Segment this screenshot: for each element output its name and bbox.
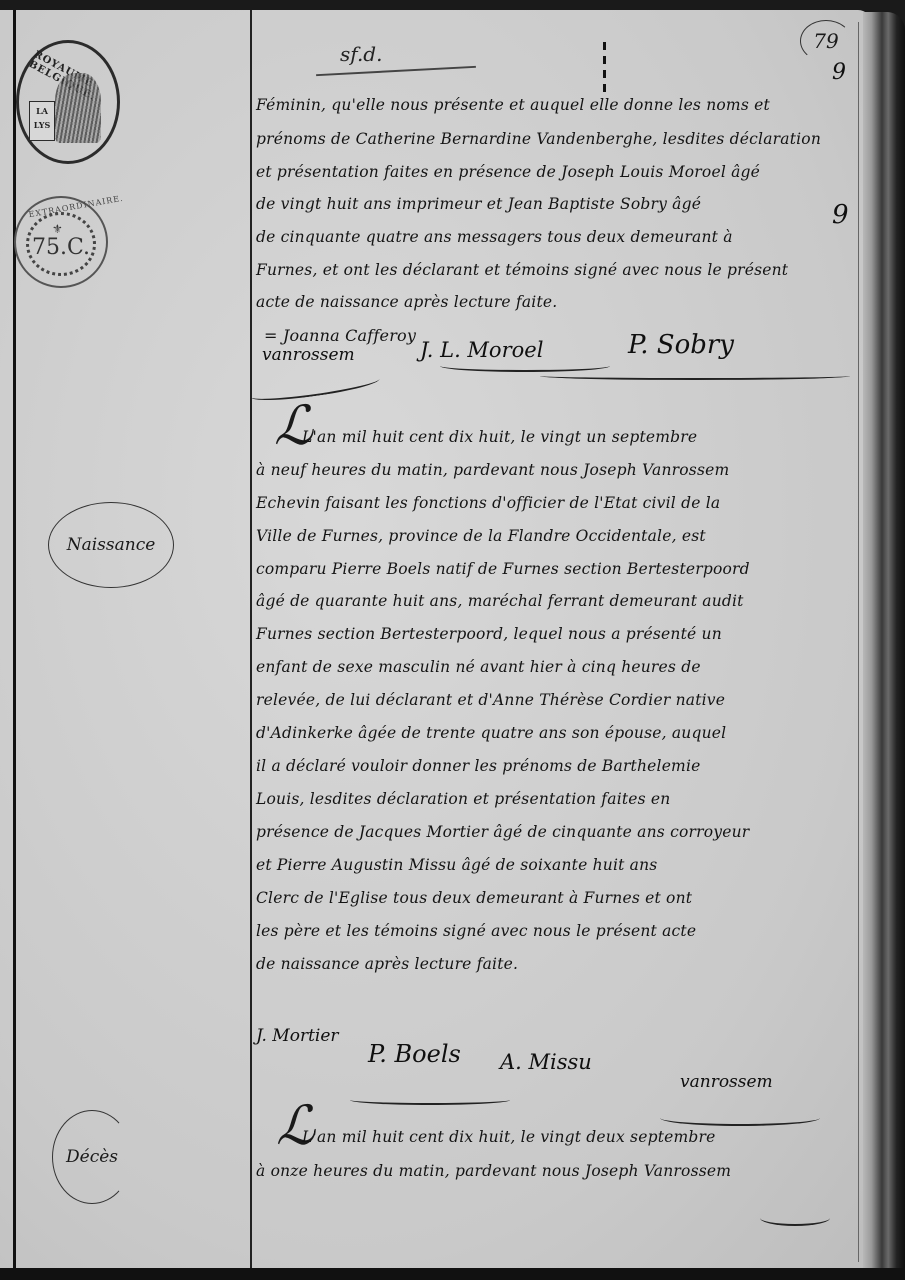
signature-sobry: P. Sobry: [628, 330, 734, 360]
gutter-line: [13, 10, 16, 1268]
text-line: Ville de Furnes, province de la Flandre …: [256, 527, 706, 545]
dashed-center-mark: [603, 42, 606, 92]
tax-stamp-extraordinaire: EXTRAORDINAIRE. ⚜ 75.C.: [14, 196, 108, 288]
decorative-initial-l: ℒ: [276, 1094, 315, 1157]
text-line: relevée, de lui déclarant et d'Anne Thér…: [256, 691, 725, 709]
seal-tablet: LA LYS: [29, 101, 55, 141]
text-line: acte de naissance après lecture faite.: [256, 293, 557, 311]
text-line: et présentation faites en présence de Jo…: [256, 163, 760, 181]
tax-stamp-value: 75.C.: [32, 235, 90, 260]
signature-flourish: [540, 372, 850, 380]
text-line: d'Adinkerke âgée de trente quatre ans so…: [256, 724, 726, 742]
text-line: de naissance après lecture faite.: [256, 955, 518, 973]
scan-bottom-border: [0, 1268, 905, 1280]
end-flourish: [760, 1210, 830, 1226]
page-inner-edge: [858, 22, 859, 1262]
signature-flourish: [440, 360, 610, 372]
book-page-edges: [863, 12, 905, 1280]
tablet-text-la: LA: [30, 104, 54, 118]
signature-flourish: [350, 1095, 510, 1105]
text-line: à neuf heures du matin, pardevant nous J…: [256, 461, 729, 479]
signature-mortier: J. Mortier: [256, 1026, 339, 1046]
text-line: présence de Jacques Mortier âgé de cinqu…: [256, 823, 749, 841]
margin-note-deces: Décès: [52, 1110, 132, 1204]
text-line: Furnes, et ont les déclarant et témoins …: [256, 261, 788, 279]
text-line: L'an mil huit cent dix huit, le vingt de…: [302, 1128, 716, 1146]
margin-note-birth-text: Naissance: [67, 535, 156, 555]
text-line: comparu Pierre Boels natif de Furnes sec…: [256, 560, 750, 578]
text-line: les père et les témoins signé avec nous …: [256, 922, 696, 940]
paragraph-flourish: [660, 1110, 820, 1126]
decorative-initial-l: ℒ: [274, 394, 313, 457]
margin-note-death-text: Décès: [66, 1147, 118, 1167]
text-line: de vingt huit ans imprimeur et Jean Bapt…: [256, 195, 701, 213]
allegorical-figure-icon: [55, 73, 101, 143]
signature-vanrossem: vanrossem: [680, 1072, 773, 1092]
text-line: il a déclaré vouloir donner les prénoms …: [256, 757, 701, 775]
margin-note-naissance: Naissance: [48, 502, 174, 588]
text-line: L'an mil huit cent dix huit, le vingt un…: [302, 428, 697, 446]
signature-joanna: = Joanna Cafferoy: [264, 326, 416, 345]
text-line: enfant de sexe masculin né avant hier à …: [256, 658, 701, 676]
right-edge-mark: 9: [832, 60, 846, 85]
text-line: à onze heures du matin, pardevant nous J…: [256, 1162, 731, 1180]
text-line: Echevin faisant les fonctions d'officier…: [256, 494, 720, 512]
text-line: de cinquante quatre ans messagers tous d…: [256, 228, 733, 246]
text-line: prénoms de Catherine Bernardine Vandenbe…: [256, 130, 821, 148]
folio-mark: sf.d.: [340, 42, 382, 66]
tablet-text-lys: LYS: [30, 118, 54, 132]
signature-vanrossem: vanrossem: [262, 345, 355, 365]
royaume-belgique-seal-stamp: ROYAUME BELGIQUE. LA LYS: [16, 40, 120, 164]
text-line: et Pierre Augustin Missu âgé de soixante…: [256, 856, 657, 874]
text-line: âgé de quarante huit ans, maréchal ferra…: [256, 592, 744, 610]
page-number: 79: [800, 20, 852, 62]
signature-missu: A. Missu: [500, 1050, 592, 1074]
signature-moroel: J. L. Moroel: [420, 338, 543, 362]
text-line: Féminin, qu'elle nous présente et auquel…: [256, 96, 770, 114]
text-line: Clerc de l'Eglise tous deux demeurant à …: [256, 889, 692, 907]
text-line: Louis, lesdites déclaration et présentat…: [256, 790, 671, 808]
text-line: Furnes section Bertesterpoord, lequel no…: [256, 625, 722, 643]
right-edge-mark: 9: [832, 200, 849, 230]
margin-rule: [250, 10, 252, 1268]
signature-boels: P. Boels: [368, 1040, 461, 1068]
